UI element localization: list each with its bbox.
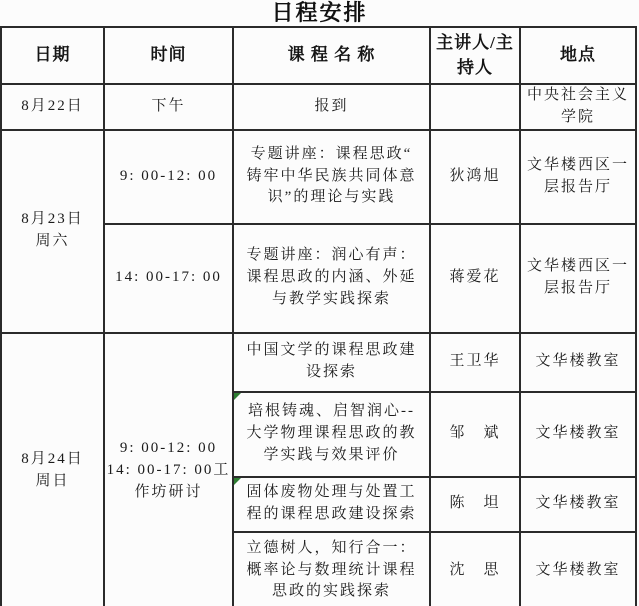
- time-r2: 9: 00-12: 00: [104, 130, 233, 224]
- date-aug23: 8月23日 周六: [1, 130, 104, 333]
- header-row: 日期 时间 课 程 名 称 主讲人/主持人 地点: [1, 27, 636, 84]
- header-course: 课 程 名 称: [233, 27, 430, 84]
- date-aug22: 8月22日: [1, 84, 104, 130]
- header-date: 日期: [1, 27, 104, 84]
- location-r1: 中央社会主义 学院: [520, 84, 636, 130]
- course-r5-text: 培根铸魂、启智润心-- 大学物理课程思政的教 学实践与效果评价: [246, 403, 416, 463]
- course-r1: 报到: [233, 84, 430, 130]
- schedule-table: 日期 时间 课 程 名 称 主讲人/主持人 地点 8月22日 下午 报到 中央社…: [0, 26, 637, 606]
- course-r7: 立德树人，知行合一： 概率论与数理统计课程 思政的实践探索: [233, 532, 430, 606]
- header-speaker: 主讲人/主持人: [430, 27, 520, 84]
- time-r3: 14: 00-17: 00: [104, 224, 233, 333]
- speaker-r1: [430, 84, 520, 130]
- cell-corner-marker-icon: [234, 393, 241, 400]
- speaker-r7: 沈 思: [430, 532, 520, 606]
- header-time: 时间: [104, 27, 233, 84]
- location-r4: 文华楼教室: [520, 333, 636, 392]
- speaker-r6: 陈 坦: [430, 477, 520, 532]
- speaker-r5: 邹 斌: [430, 392, 520, 477]
- location-r3: 文华楼西区一 层报告厅: [520, 224, 636, 333]
- table-row: 8月22日 下午 报到 中央社会主义 学院: [1, 84, 636, 130]
- course-r6-text: 固体废物处理与处置工 程的课程思政建设探索: [246, 484, 416, 522]
- course-r6: 固体废物处理与处置工 程的课程思政建设探索: [233, 477, 430, 532]
- cell-corner-marker-icon: [234, 478, 241, 485]
- location-r2: 文华楼西区一 层报告厅: [520, 130, 636, 224]
- speaker-r4: 王卫华: [430, 333, 520, 392]
- header-location: 地点: [520, 27, 636, 84]
- time-r4: 9: 00-12: 00 14: 00-17: 00工 作坊研讨: [104, 333, 233, 606]
- table-row: 8月23日 周六 9: 00-12: 00 专题讲座：课程思政“ 铸牢中华民族共…: [1, 130, 636, 224]
- table-row: 8月24日 周日 9: 00-12: 00 14: 00-17: 00工 作坊研…: [1, 333, 636, 392]
- page-title: 日程安排: [0, 0, 639, 26]
- speaker-r2: 狄鸿旭: [430, 130, 520, 224]
- course-r5: 培根铸魂、启智润心-- 大学物理课程思政的教 学实践与效果评价: [233, 392, 430, 477]
- time-r1: 下午: [104, 84, 233, 130]
- course-r3: 专题讲座：润心有声： 课程思政的内涵、外延 与教学实践探索: [233, 224, 430, 333]
- course-r2: 专题讲座：课程思政“ 铸牢中华民族共同体意 识”的理论与实践: [233, 130, 430, 224]
- location-r7: 文华楼教室: [520, 532, 636, 606]
- location-r5: 文华楼教室: [520, 392, 636, 477]
- speaker-r3: 蒋爱花: [430, 224, 520, 333]
- location-r6: 文华楼教室: [520, 477, 636, 532]
- schedule-page: 日程安排 日期 时间 课 程 名 称 主讲人/主持人 地点 8月22日 下午 报…: [0, 0, 639, 606]
- date-aug24: 8月24日 周日: [1, 333, 104, 606]
- course-r4: 中国文学的课程思政建 设探索: [233, 333, 430, 392]
